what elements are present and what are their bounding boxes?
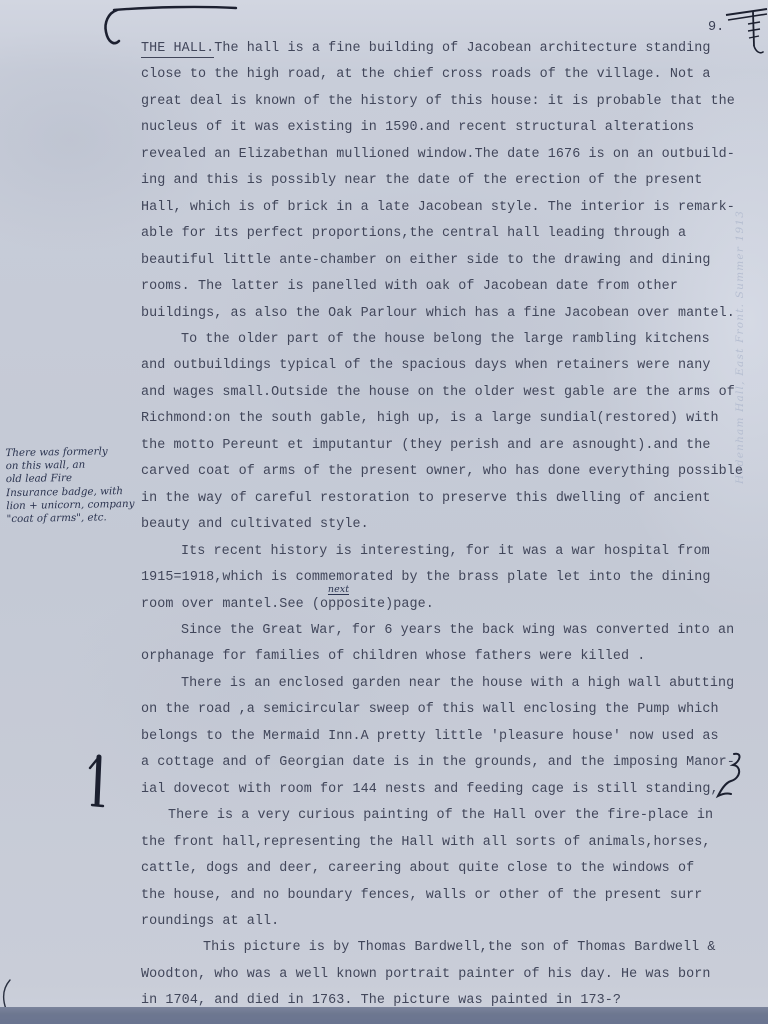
typed-line: and outbuildings typical of the spacious… — [141, 353, 749, 379]
typed-line: buildings, as also the Oak Parlour which… — [141, 301, 749, 327]
typed-line: room over mantel.See (opposite)nextpage. — [141, 592, 749, 618]
typed-line: nucleus of it was existing in 1590.and r… — [141, 115, 749, 141]
typed-lines: THE HALL.The hall is a fine building of … — [141, 36, 749, 1015]
typed-line: Since the Great War, for 6 years the bac… — [181, 618, 749, 644]
typed-line: To the older part of the house belong th… — [181, 327, 749, 353]
photo-edge-band — [0, 1007, 768, 1024]
typed-line: beauty and cultivated style. — [141, 512, 749, 538]
typed-line: orphanage for families of children whose… — [141, 644, 749, 670]
typed-line: Its recent history is interesting, for i… — [181, 539, 749, 565]
typed-line: the house, and no boundary fences, walls… — [141, 883, 749, 909]
annotated-word: (opposite)next — [312, 597, 393, 612]
typed-line: This picture is by Thomas Bardwell,the s… — [203, 935, 749, 961]
typed-line: rooms. The latter is panelled with oak o… — [141, 274, 749, 300]
typed-line: There is an enclosed garden near the hou… — [181, 671, 749, 697]
section-heading: THE HALL. — [141, 41, 214, 58]
typed-line: Hall, which is of brick in a late Jacobe… — [141, 195, 749, 221]
typed-line: and wages small.Outside the house on the… — [141, 380, 749, 406]
handwritten-margin-note: There was formerlyon this wall, anold le… — [5, 445, 136, 526]
typed-line: belongs to the Mermaid Inn.A pretty litt… — [141, 724, 749, 750]
typed-line: cattle, dogs and deer, careering about q… — [141, 856, 749, 882]
typed-line: Richmond:on the south gable, high up, is… — [141, 406, 749, 432]
typed-line: the motto Pereunt et imputantur (they pe… — [141, 433, 749, 459]
typed-line: roundings at all. — [141, 909, 749, 935]
typed-line: THE HALL.The hall is a fine building of … — [141, 36, 749, 62]
typed-line: carved coat of arms of the present owner… — [141, 459, 749, 485]
typed-line: in the way of careful restoration to pre… — [141, 486, 749, 512]
typed-line: 1915=1918,which is commemorated by the b… — [141, 565, 749, 591]
typed-line: There is a very curious painting of the … — [168, 803, 749, 829]
typed-line: the front hall,representing the Hall wit… — [141, 830, 749, 856]
typed-line: on the road ,a semicircular sweep of thi… — [141, 697, 749, 723]
typed-line: able for its perfect proportions,the cen… — [141, 221, 749, 247]
typed-line: a cottage and of Georgian date is in the… — [141, 750, 749, 776]
typed-line: beautiful little ante-chamber on either … — [141, 248, 749, 274]
typed-line: Woodton, who was a well known portrait p… — [141, 962, 749, 988]
typed-line: great deal is known of the history of th… — [141, 89, 749, 115]
typed-line: revealed an Elizabethan mullioned window… — [141, 142, 749, 168]
typed-line: close to the high road, at the chief cro… — [141, 62, 749, 88]
page-number: 9. — [708, 20, 724, 35]
ink-mark-bottom-left — [83, 751, 115, 813]
margin-note-line: lion + unicorn, company — [6, 498, 136, 513]
typed-line: ial dovecot with room for 144 nests and … — [141, 777, 749, 803]
handwritten-correction: next — [328, 585, 349, 595]
typed-line: ing and this is possibly near the date o… — [141, 168, 749, 194]
margin-note-line: "coat of arms", etc. — [6, 511, 136, 526]
